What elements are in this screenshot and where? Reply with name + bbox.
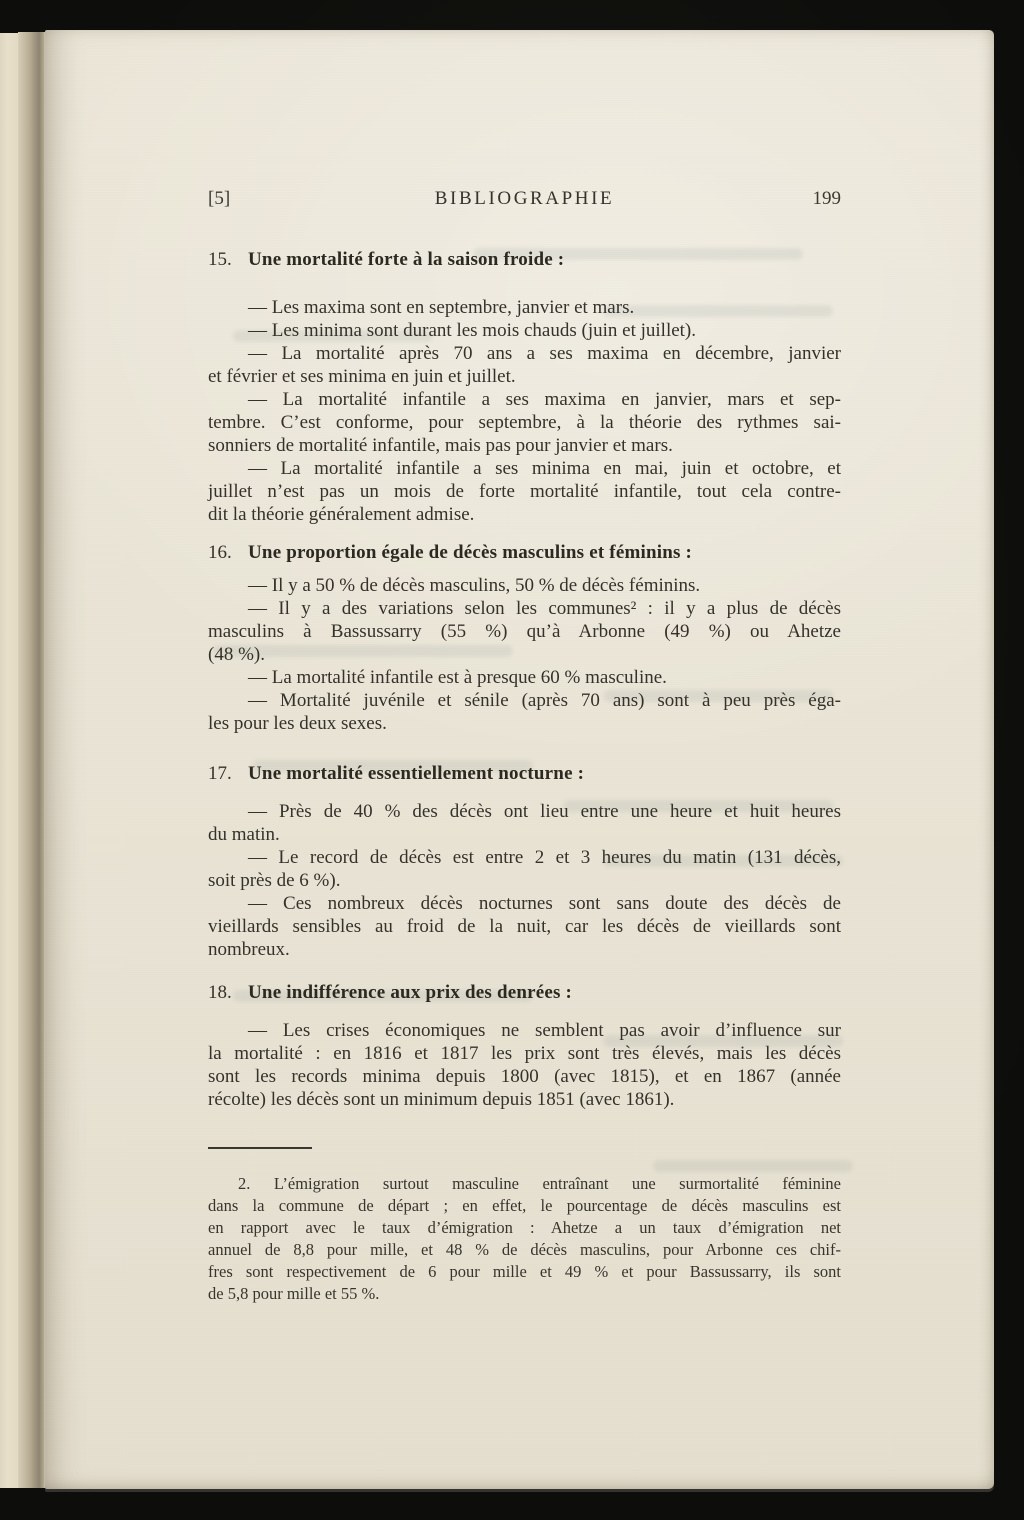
body-line: — La mortalité infantile est à presque 6… xyxy=(208,666,841,689)
body-line: vieillards sensibles au froid de la nuit… xyxy=(208,915,841,938)
body-line: — Les maxima sont en septembre, janvier … xyxy=(208,296,841,319)
body-line: juillet n’est pas un mois de forte morta… xyxy=(208,480,841,503)
footnote: 2. L’émigration surtout masculine entraî… xyxy=(208,1173,841,1305)
footnote-line: 2. L’émigration surtout masculine entraî… xyxy=(208,1173,841,1195)
footnote-line: de 5,8 pour mille et 55 %. xyxy=(208,1283,841,1305)
running-head: [5] BIBLIOGRAPHIE 199 xyxy=(208,187,841,210)
footnote-line: fres sont respectivement de 6 pour mille… xyxy=(208,1261,841,1283)
section-number: 16. xyxy=(208,541,248,564)
footnote-rule xyxy=(208,1147,312,1149)
scanned-book-photo: [5] BIBLIOGRAPHIE 199 15.Une mortalité f… xyxy=(0,0,1024,1520)
section-body: — Les maxima sont en septembre, janvier … xyxy=(208,296,841,526)
section-body: — Les crises économiques ne semblent pas… xyxy=(208,1019,841,1111)
body-line: — La mortalité infantile a ses minima en… xyxy=(208,457,841,480)
body-line: — Le record de décès est entre 2 et 3 he… xyxy=(208,846,841,869)
body-line: soit près de 6 %). xyxy=(208,869,841,892)
section-16: 16.Une proportion égale de décès masculi… xyxy=(208,541,841,735)
section-title: Une mortalité forte à la saison froide : xyxy=(248,249,564,270)
section-heading: 18.Une indifférence aux prix des denrées… xyxy=(208,981,841,1004)
body-line: récolte) les décès sont un minimum depui… xyxy=(208,1088,841,1111)
body-line: du matin. xyxy=(208,823,841,846)
body-line: dit la théorie généralement admise. xyxy=(208,503,841,526)
section-body: — Près de 40 % des décès ont lieu entre … xyxy=(208,800,841,961)
header-signature: [5] xyxy=(208,187,230,210)
body-line: — Il y a des variations selon les commun… xyxy=(208,597,841,620)
section-heading: 16.Une proportion égale de décès masculi… xyxy=(208,541,841,564)
body-line: — Les minima sont durant les mois chauds… xyxy=(208,319,841,342)
book-page: [5] BIBLIOGRAPHIE 199 15.Une mortalité f… xyxy=(45,30,994,1489)
body-line: — Près de 40 % des décès ont lieu entre … xyxy=(208,800,841,823)
body-line: — Les crises économiques ne semblent pas… xyxy=(208,1019,841,1042)
body-line: — Il y a 50 % de décès masculins, 50 % d… xyxy=(208,574,841,597)
body-line: — La mortalité infantile a ses maxima en… xyxy=(208,388,841,411)
adjacent-page-edge xyxy=(0,33,18,1488)
section-heading: 15.Une mortalité forte à la saison froid… xyxy=(208,248,841,271)
header-page-number: 199 xyxy=(813,187,842,210)
section-title: Une proportion égale de décès masculins … xyxy=(248,542,692,563)
book-gutter-shadow xyxy=(18,32,45,1488)
body-line: tembre. C’est conforme, pour septembre, … xyxy=(208,411,841,434)
footnote-line: annuel de 8,8 pour mille, et 48 % de déc… xyxy=(208,1239,841,1261)
section-body: — Il y a 50 % de décès masculins, 50 % d… xyxy=(208,574,841,735)
body-line: — La mortalité après 70 ans a ses maxima… xyxy=(208,342,841,365)
body-line: les pour les deux sexes. xyxy=(208,712,841,735)
body-line: sont les records minima depuis 1800 (ave… xyxy=(208,1065,841,1088)
section-18: 18.Une indifférence aux prix des denrées… xyxy=(208,981,841,1111)
section-number: 17. xyxy=(208,762,248,785)
section-title: Une indifférence aux prix des denrées : xyxy=(248,982,572,1003)
body-line: sonniers de mortalité infantile, mais pa… xyxy=(208,434,841,457)
section-heading: 17.Une mortalité essentiellement nocturn… xyxy=(208,762,841,785)
section-number: 18. xyxy=(208,981,248,1004)
footnote-line: dans la commune de départ ; en effet, le… xyxy=(208,1195,841,1217)
section-17: 17.Une mortalité essentiellement nocturn… xyxy=(208,762,841,961)
body-line: — Mortalité juvénile et sénile (après 70… xyxy=(208,689,841,712)
body-line: et février et ses minima en juin et juil… xyxy=(208,365,841,388)
header-title: BIBLIOGRAPHIE xyxy=(435,187,614,210)
body-line: — Ces nombreux décès nocturnes sont sans… xyxy=(208,892,841,915)
body-line: nombreux. xyxy=(208,938,841,961)
section-number: 15. xyxy=(208,248,248,271)
footnote-line: en rapport avec le taux d’émigration : A… xyxy=(208,1217,841,1239)
text-column: [5] BIBLIOGRAPHIE 199 15.Une mortalité f… xyxy=(208,30,841,1305)
section-title: Une mortalité essentiellement nocturne : xyxy=(248,763,584,784)
body-line: la mortalité : en 1816 et 1817 les prix … xyxy=(208,1042,841,1065)
section-15: 15.Une mortalité forte à la saison froid… xyxy=(208,248,841,526)
body-line: (48 %). xyxy=(208,643,841,666)
body-line: masculins à Bassussarry (55 %) qu’à Arbo… xyxy=(208,620,841,643)
